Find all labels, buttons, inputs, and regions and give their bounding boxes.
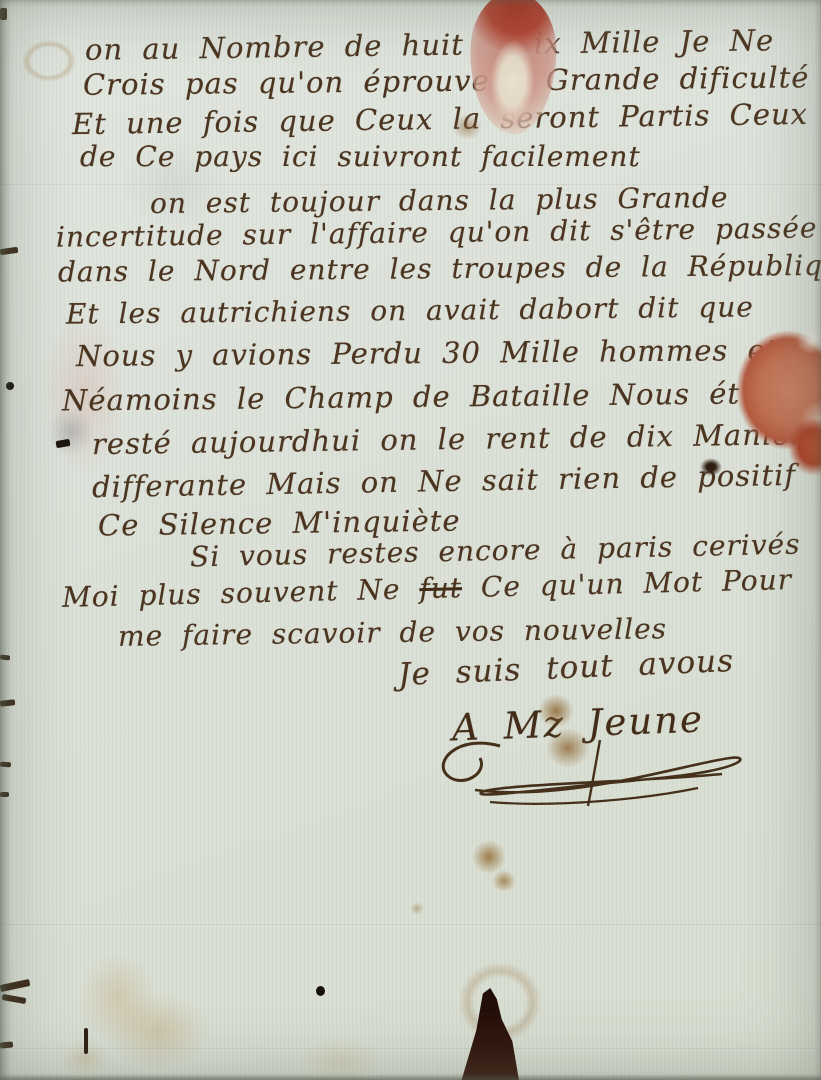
letter-line: Crois pas qu'on éprouveGrande dificulté xyxy=(83,60,810,102)
line-text: resté aujourdhui on le rent de dix Maniè… xyxy=(92,417,821,461)
line-text: on au Nombre de huit xyxy=(85,28,464,67)
fold-crease xyxy=(0,1048,821,1051)
letter-line: Nous y avions Perdu 30 Mille hommes et xyxy=(76,333,779,373)
letter-line: de Ce pays ici suivront facilement xyxy=(80,140,641,173)
seal-torn-center xyxy=(489,39,537,123)
line-text: dans le Nord entre les troupes de la Rép… xyxy=(58,249,821,289)
letter-page: on au Nombre de huitix Mille Je Ne Crois… xyxy=(0,0,821,1080)
line-text: de Ce pays ici suivront facilement xyxy=(80,140,641,173)
line-text: Et une fois que Ceux la seront Partis Ce… xyxy=(72,97,808,141)
letter-line: me faire scavoir de vos nouvelles xyxy=(118,612,667,653)
ink-dot xyxy=(316,986,325,996)
letter-line: differante Mais on Ne sait rien de posit… xyxy=(92,458,797,504)
line-text: Nous y avions Perdu 30 Mille hommes et xyxy=(76,333,779,373)
line-text: Néamoins le Champ de Bataille Nous ét xyxy=(62,376,740,417)
letter-line: Et une fois que Ceux la seront Partis Ce… xyxy=(72,97,808,141)
line-text: differante Mais on Ne sait rien de posit… xyxy=(92,458,797,504)
line-text: Et les autrichiens on avait dabort dit q… xyxy=(66,290,754,330)
bottom-edge-shadow xyxy=(0,1074,821,1080)
binding-edge-shadow xyxy=(0,0,12,1080)
letter-line: Et les autrichiens on avait dabort dit q… xyxy=(66,290,754,330)
stain xyxy=(410,902,424,915)
letter-line: resté aujourdhui on le rent de dix Maniè… xyxy=(92,417,821,461)
stain xyxy=(78,952,158,1044)
signature-flourish xyxy=(430,728,770,818)
stain xyxy=(108,992,208,1070)
ink-bleed-mark xyxy=(84,1028,88,1054)
line-text: Je suis tout avous xyxy=(397,643,734,693)
letter-line: dans le Nord entre les troupes de la Rép… xyxy=(58,249,821,289)
struck-word: fut xyxy=(419,571,462,605)
seal-frosting xyxy=(796,328,821,354)
line-text: Moi plus souvent Ne xyxy=(62,573,401,614)
letter-line: Moi plus souvent Ne fut Ce qu'un Mot Pou… xyxy=(62,563,793,614)
stain xyxy=(492,870,516,892)
line-text: me faire scavoir de vos nouvelles xyxy=(118,612,667,653)
fold-crease xyxy=(0,924,821,927)
stain xyxy=(472,840,506,874)
line-text: Ce qu'un Mot Pour xyxy=(481,563,793,604)
paper-hole xyxy=(455,988,537,1080)
letter-line: on au Nombre de huitix Mille Je Ne xyxy=(85,23,775,67)
stain xyxy=(14,34,84,88)
stain xyxy=(62,1042,108,1076)
letter-line: Néamoins le Champ de Bataille Nous ét xyxy=(62,376,740,417)
line-text: ix Mille Je Ne xyxy=(534,23,775,60)
ink-spot xyxy=(55,439,70,448)
line-text: Grande dificulté xyxy=(546,60,810,97)
line-text: Crois pas qu'on éprouve xyxy=(83,64,490,102)
closing-line: Je suis tout avous xyxy=(397,643,734,693)
